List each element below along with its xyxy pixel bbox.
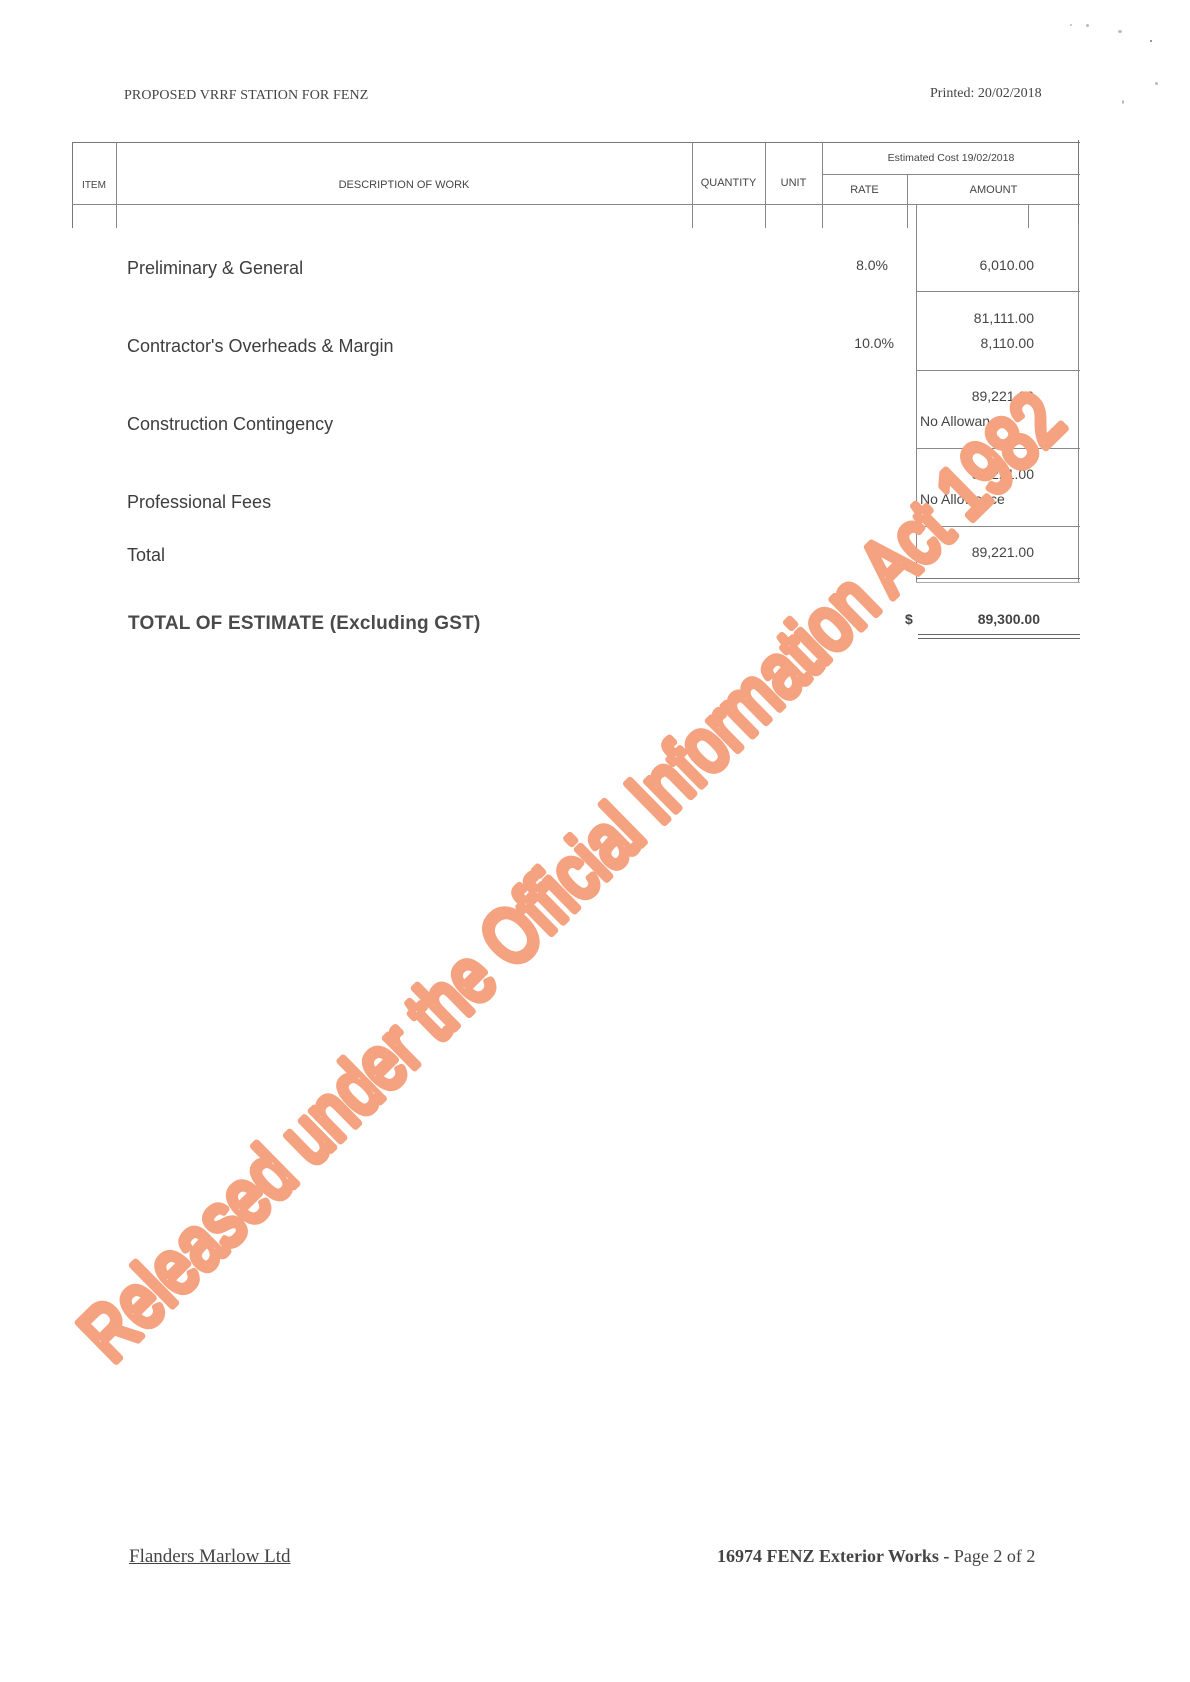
row-description: Professional Fees: [127, 492, 271, 513]
scan-speck: [1070, 24, 1072, 26]
row-subtotal: 81,111.00: [884, 310, 1034, 326]
scan-speck: [1150, 40, 1152, 42]
row-subtotal: 89,221.00: [884, 388, 1034, 404]
row-description: Contractor's Overheads & Margin: [127, 336, 394, 357]
row-subtotal: 89,221.00: [884, 466, 1034, 482]
column-header-description: DESCRIPTION OF WORK: [116, 179, 692, 191]
grand-total-double-underline: [918, 638, 1080, 639]
document-title: PROPOSED VRRF STATION FOR FENZ: [124, 88, 368, 104]
row-amount: 8,110.00: [884, 335, 1034, 351]
footer-separator: -: [939, 1546, 954, 1566]
row-rate: 8.0%: [808, 257, 888, 273]
column-header-estimate-group: Estimated Cost 19/02/2018: [822, 152, 1080, 164]
grand-total-double-underline: [918, 634, 1080, 635]
row-note: No Allowance: [920, 491, 1005, 507]
footer-company: Flanders Marlow Ltd: [129, 1546, 290, 1568]
column-header-amount: AMOUNT: [907, 184, 1080, 196]
row-amount: 89,221.00: [884, 544, 1034, 560]
grand-total-label: TOTAL OF ESTIMATE (Excluding GST): [128, 613, 480, 635]
row-description: Preliminary & General: [127, 258, 303, 279]
row-description: Total: [127, 545, 165, 566]
scan-speck: [1155, 82, 1158, 85]
column-header-rate: RATE: [822, 184, 907, 196]
scan-speck: [1122, 100, 1124, 104]
footer-project: 16974 FENZ Exterior Works: [717, 1546, 939, 1566]
column-header-unit: UNIT: [765, 177, 822, 189]
scan-speck: [1086, 24, 1089, 27]
row-description: Construction Contingency: [127, 414, 333, 435]
row-note: No Allowance: [920, 413, 1005, 429]
row-rate: 10.0%: [814, 335, 894, 351]
footer-project-page: 16974 FENZ Exterior Works - Page 2 of 2: [717, 1546, 1035, 1567]
column-header-item: ITEM: [72, 180, 116, 191]
footer-page: Page 2 of 2: [954, 1546, 1035, 1566]
grand-total-amount: 89,300.00: [890, 611, 1040, 627]
printed-date: Printed: 20/02/2018: [930, 86, 1042, 102]
scan-speck: [1118, 30, 1122, 33]
column-header-quantity: QUANTITY: [692, 177, 765, 189]
row-amount: 6,010.00: [884, 257, 1034, 273]
